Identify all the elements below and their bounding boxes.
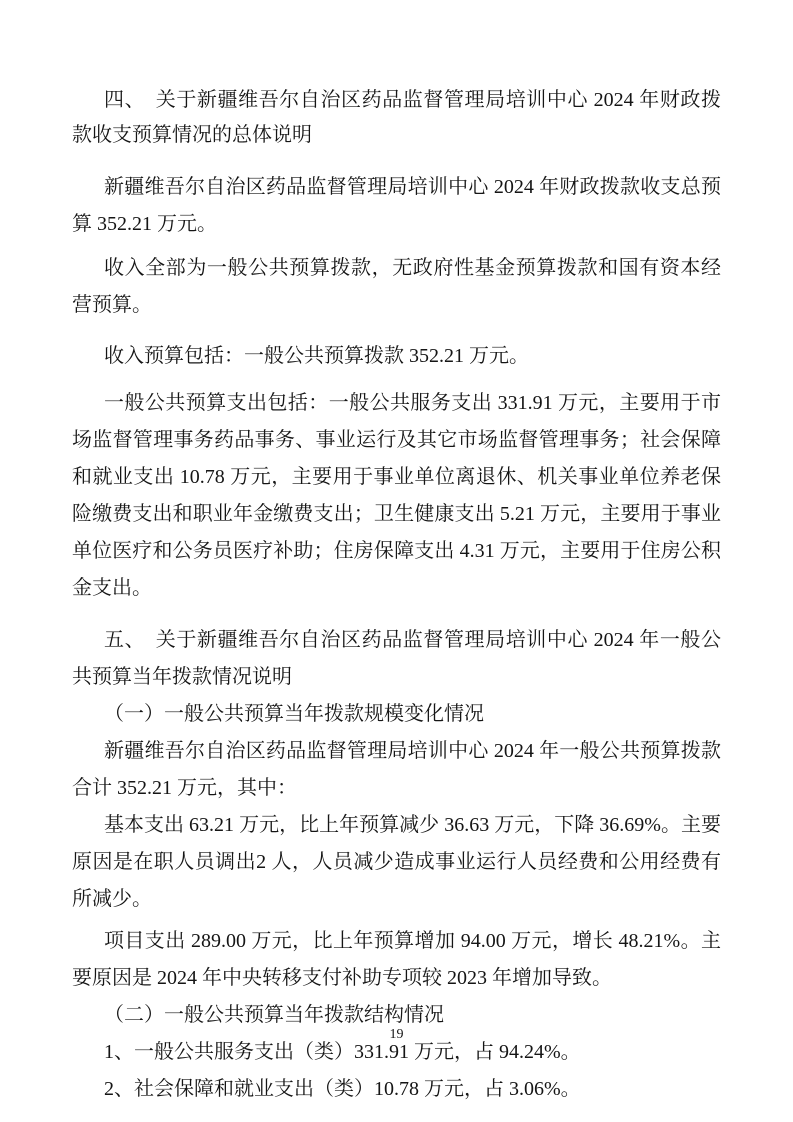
section-5-paragraph-project-expenditure: 项目支出 289.00 万元，比上年预算增加 94.00 万元，增长 48.21… (72, 923, 721, 997)
section-5-paragraph-basic-expenditure: 基本支出 63.21 万元，比上年预算减少 36.63 万元，下降 36.69%… (72, 807, 721, 918)
section-4-paragraph-income-source: 收入全部为一般公共预算拨款，无政府性基金预算拨款和国有资本经营预算。 (72, 250, 721, 324)
section-4-paragraph-income-budget: 收入预算包括：一般公共预算拨款 352.21 万元。 (72, 338, 721, 375)
subsection-1-heading: （一）一般公共预算当年拨款规模变化情况 (72, 696, 721, 733)
section-4-paragraph-expenditure-detail: 一般公共预算支出包括：一般公共服务支出 331.91 万元，主要用于市场监督管理… (72, 385, 721, 607)
section-4-paragraph-total-budget: 新疆维吾尔自治区药品监督管理局培训中心 2024 年财政拨款收支总预算 352.… (72, 169, 721, 243)
list-item-social-security: 2、社会保障和就业支出（类）10.78 万元，占 3.06%。 (72, 1071, 721, 1108)
section-5-heading: 五、 关于新疆维吾尔自治区药品监督管理局培训中心 2024 年一般公共预算当年拨… (72, 622, 721, 696)
section-5-paragraph-total-allocation: 新疆维吾尔自治区药品监督管理局培训中心 2024 年一般公共预算拨款合计 352… (72, 733, 721, 807)
page-number: 19 (0, 1026, 793, 1044)
document-page: 四、 关于新疆维吾尔自治区药品监督管理局培训中心 2024 年财政拨款收支预算情… (0, 0, 793, 1122)
document-body: 四、 关于新疆维吾尔自治区药品监督管理局培训中心 2024 年财政拨款收支预算情… (72, 83, 721, 1108)
section-4-heading: 四、 关于新疆维吾尔自治区药品监督管理局培训中心 2024 年财政拨款收支预算情… (72, 83, 721, 153)
